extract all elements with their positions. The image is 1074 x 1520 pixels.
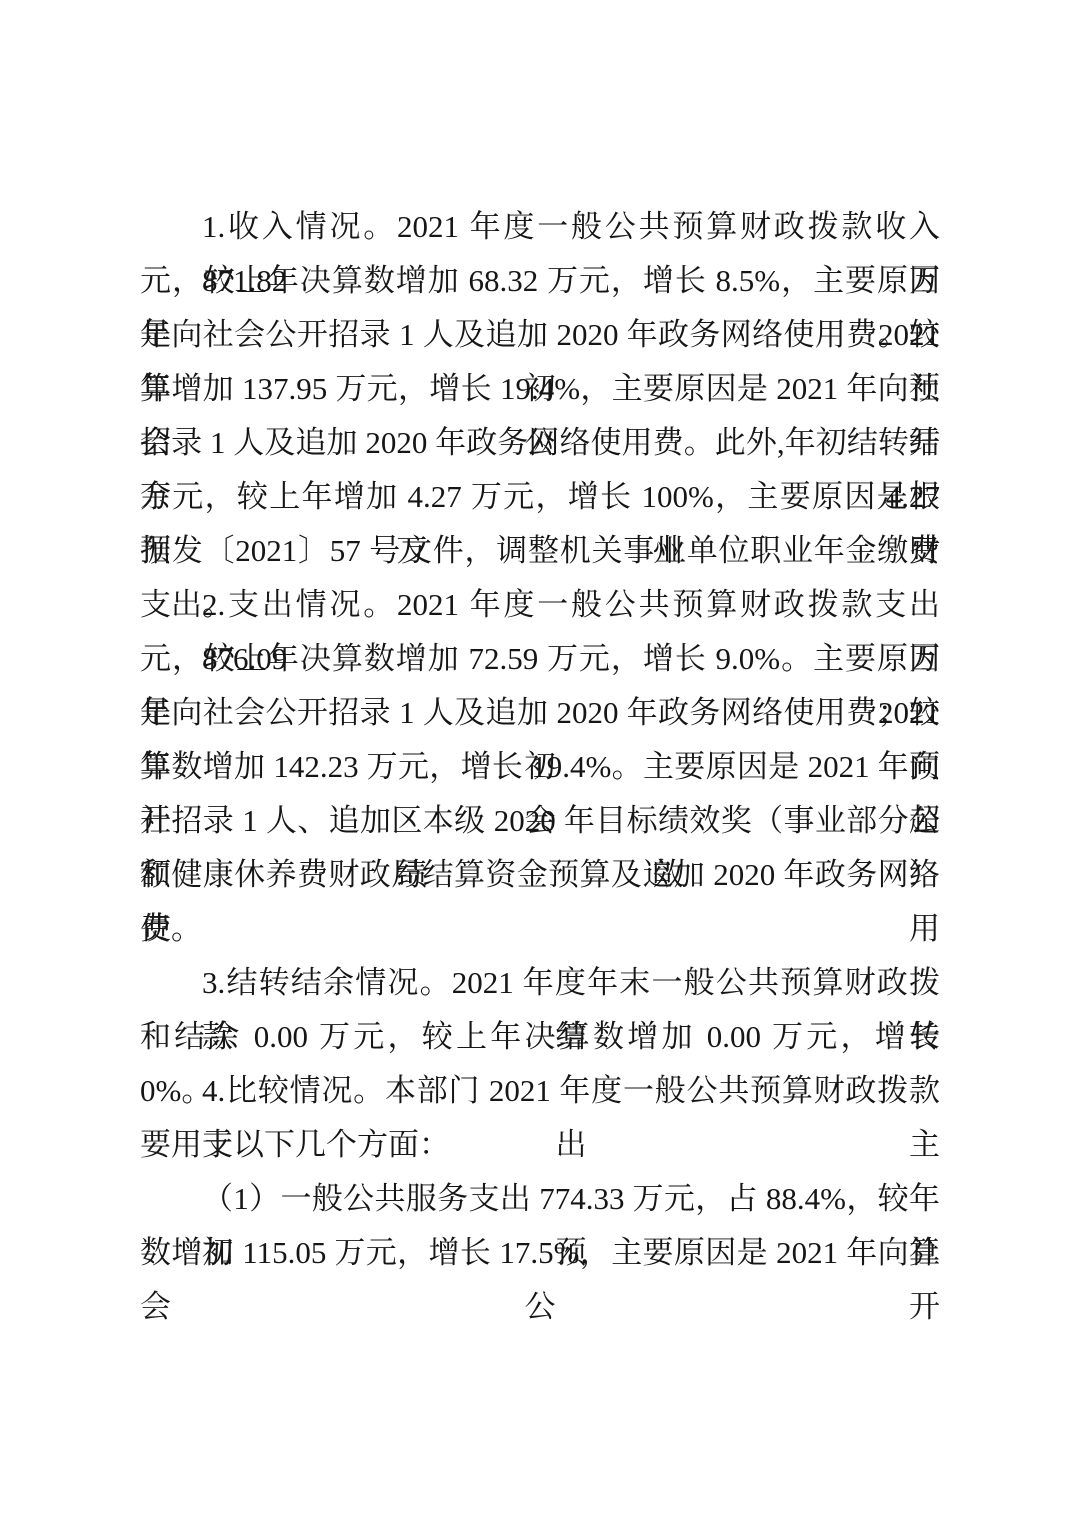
text-line: 数增加 115.05 万元，增长 17.5%，主要原因是 2021 年向社会公开 xyxy=(140,1226,940,1280)
text-line: 招录 1 人及追加 2020 年政务网络使用费。此外,年初结转结余 4.27 xyxy=(140,416,940,470)
document-body: 1.收入情况。2021 年度一般公共预算财政拨款收入 871.82 万元，较上年… xyxy=(140,200,940,1280)
text-line: 3.结转结余情况。2021 年度年末一般公共预算财政拨款结转 xyxy=(140,956,940,1010)
text-line: 和结余 0.00 万元，较上年决算数增加 0.00 万元，增长 0%。 xyxy=(140,1010,940,1064)
text-line: 算增加 137.95 万元，增长 19.4%，主要原因是 2021 年向社会公开 xyxy=(140,362,940,416)
paragraph-carryover-balance-situation: 3.结转结余情况。2021 年度年末一般公共预算财政拨款结转和结余 0.00 万… xyxy=(140,956,940,1064)
paragraph-income-situation: 1.收入情况。2021 年度一般公共预算财政拨款收入 871.82 万元，较上年… xyxy=(140,200,940,578)
paragraph-expenditure-situation: 2.支出情况。2021 年度一般公共预算财政拨款支出 876.09 万元，较上年… xyxy=(140,578,940,956)
document-page: 1.收入情况。2021 年度一般公共预算财政拨款收入 871.82 万元，较上年… xyxy=(0,0,1074,1520)
text-line: 元，较上年决算数增加 72.59 万元，增长 9.0%。主要原因是 2021 xyxy=(140,632,940,686)
paragraph-comparison-situation: 4.比较情况。本部门 2021 年度一般公共预算财政拨款支出主要用于以下几个方面… xyxy=(140,1064,940,1172)
text-line: 年向社会公开招录 1 人及追加 2020 年政务网络使用费。较年初预 xyxy=(140,308,940,362)
text-line: 年向社会公开招录 1 人及追加 2020 年政务网络使用费；较年初预 xyxy=(140,686,940,740)
text-line: 和健康休养费财政局结算资金预算及追加 2020 年政务网络使用 xyxy=(140,848,940,902)
text-line: 2.支出情况。2021 年度一般公共预算财政拨款支出 876.09 万 xyxy=(140,578,940,632)
text-line: 4.比较情况。本部门 2021 年度一般公共预算财政拨款支出主 xyxy=(140,1064,940,1118)
text-line: 预发〔2021〕57 号文件，调整机关事业单位职业年金缴费支出。 xyxy=(140,524,940,578)
text-line: 开招录 1 人、追加区本级 2020 年目标绩效奖（事业部分超额绩效） xyxy=(140,794,940,848)
text-line: 1.收入情况。2021 年度一般公共预算财政拨款收入 871.82 万 xyxy=(140,200,940,254)
text-line: （1）一般公共服务支出 774.33 万元，占 88.4%，较年初预算 xyxy=(140,1172,940,1226)
text-line: 万元，较上年增加 4.27 万元，增长 100%，主要原因是根据万州财 xyxy=(140,470,940,524)
text-line: 元，较上年决算数增加 68.32 万元，增长 8.5%，主要原因是 2021 xyxy=(140,254,940,308)
paragraph-general-public-service-expenditure: （1）一般公共服务支出 774.33 万元，占 88.4%，较年初预算数增加 1… xyxy=(140,1172,940,1280)
text-line: 算数增加 142.23 万元，增长 19.4%。主要原因是 2021 年向社会公 xyxy=(140,740,940,794)
